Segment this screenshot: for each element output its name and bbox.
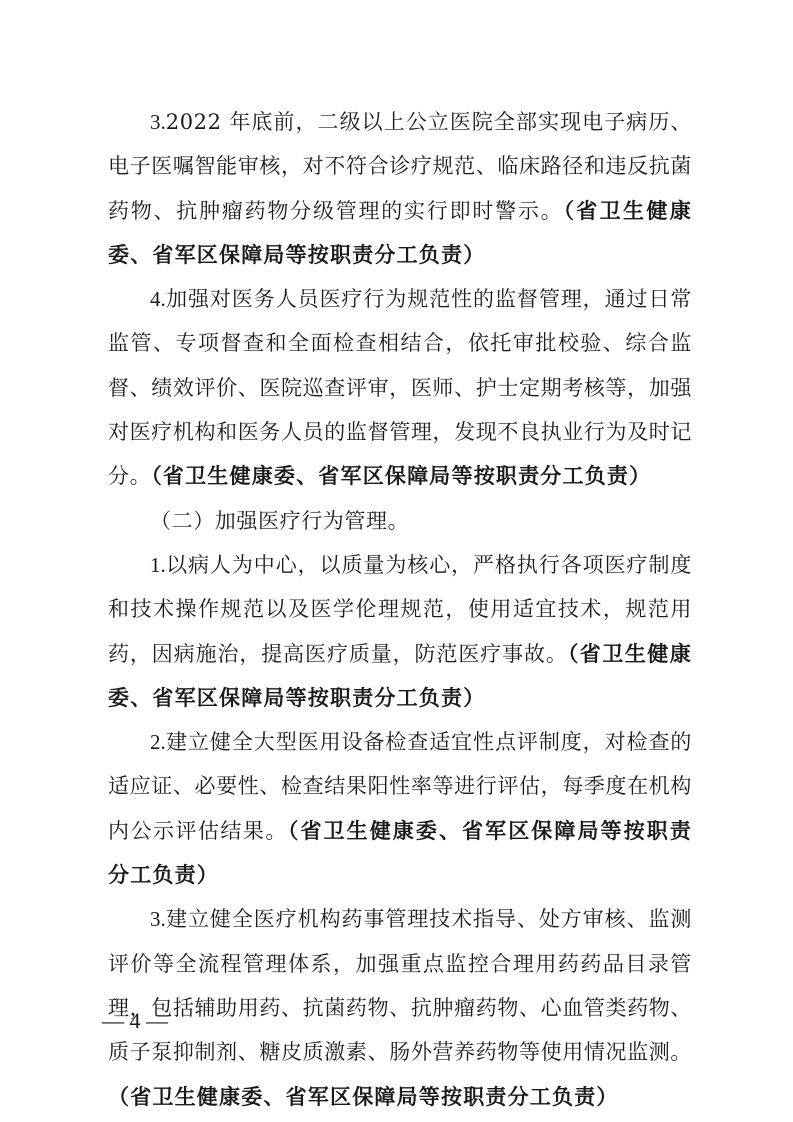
paragraph-item-1-patient-centered: 1.以病人为中心，以质量为核心，严格执行各项医疗制度和技术操作规范以及医学伦理规… (108, 543, 692, 720)
paragraph-item-2-equipment-review: 2.建立健全大型医用设备检查适宜性点评制度，对检查的适应证、必要性、检查结果阳性… (108, 720, 692, 897)
section-heading: （二）加强医疗行为管理。 (108, 499, 692, 543)
paragraph-item-3-ehr: 3.2022 年底前，二级以上公立医院全部实现电子病历、电子医嘱智能审核，对不符… (108, 100, 692, 277)
document-page: 3.2022 年底前，二级以上公立医院全部实现电子病历、电子医嘱智能审核，对不符… (108, 100, 692, 1119)
paragraph-text: 加强对医务人员医疗行为规范性的监督管理，通过日常监管、专项督查和全面检查相结合，… (108, 287, 692, 488)
item-number: 4. (150, 287, 166, 311)
item-number: 3. (150, 110, 166, 134)
responsibility-note: （省卫生健康委、省军区保障局等按职责分工负责） (151, 464, 651, 488)
page-number: — 4 — (102, 1008, 168, 1034)
item-number: 3. (150, 907, 166, 931)
item-number: 1. (150, 553, 166, 577)
responsibility-note: （省卫生健康委、省军区保障局等按职责分工负责） (108, 1085, 619, 1109)
paragraph-text: 建立健全医疗机构药事管理技术指导、处方审核、监测评价等全流程管理体系，加强重点监… (108, 907, 692, 1064)
item-number: 2. (150, 730, 166, 754)
paragraph-item-4-supervision: 4.加强对医务人员医疗行为规范性的监督管理，通过日常监管、专项督查和全面检查相结… (108, 277, 692, 498)
paragraph-item-3-pharmacy: 3.建立健全医疗机构药事管理技术指导、处方审核、监测评价等全流程管理体系，加强重… (108, 897, 692, 1118)
